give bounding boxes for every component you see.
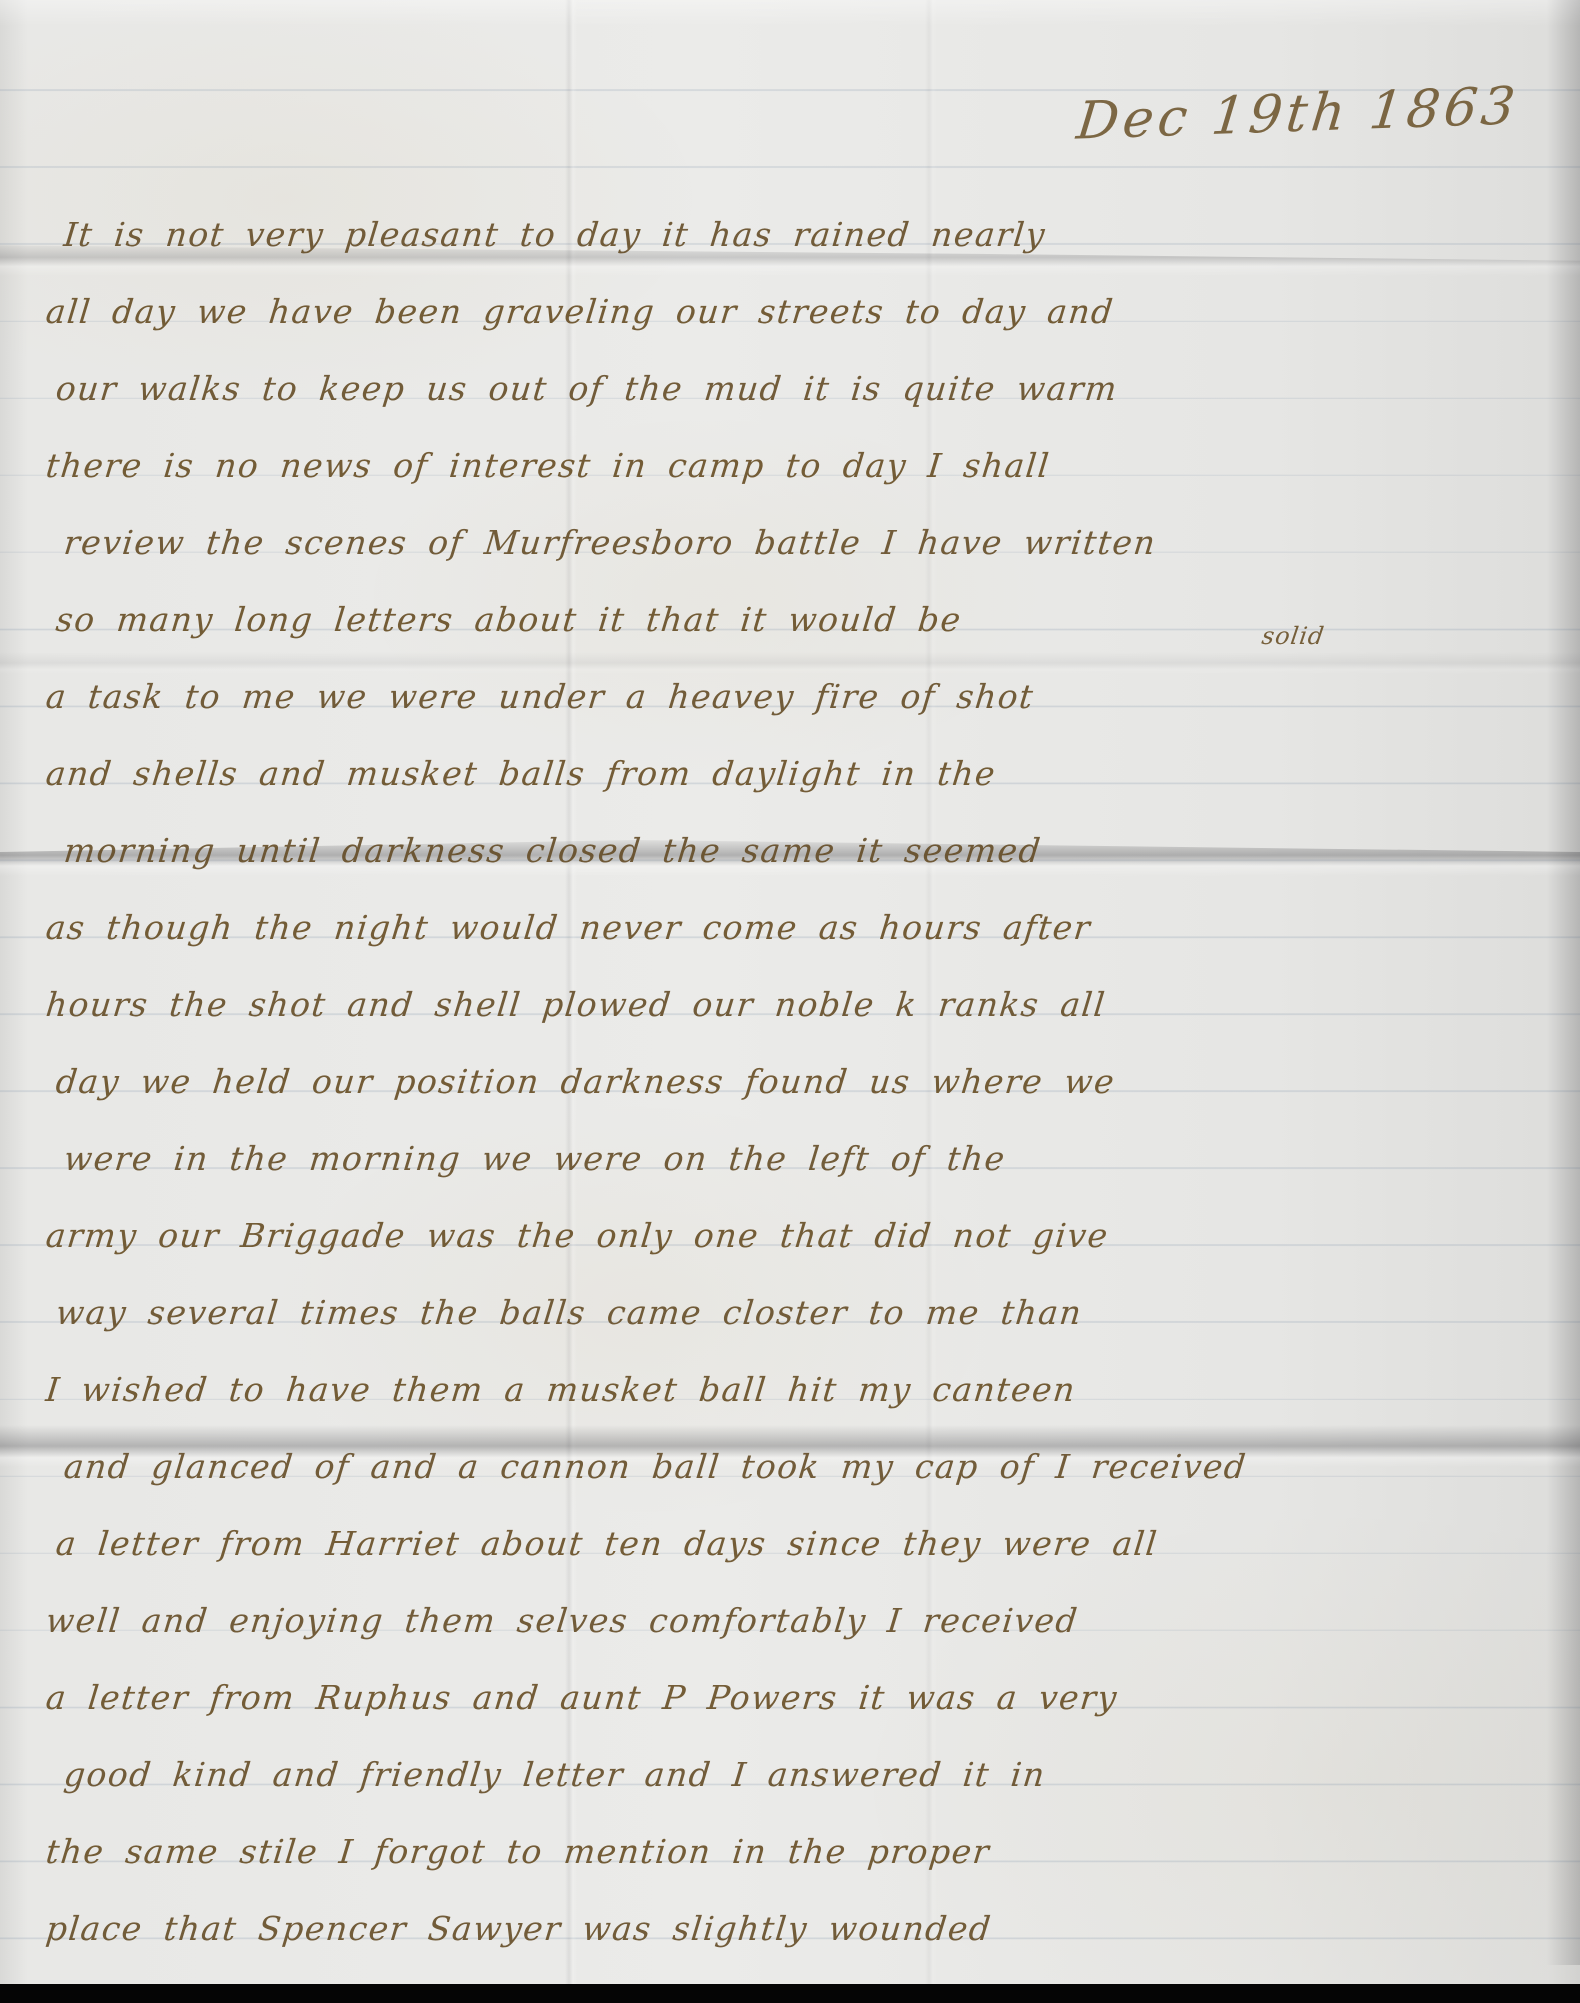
letter-line: army our Briggade was the only one that … [42,1197,1570,1274]
letter-line: review the scenes of Murfreesboro battle… [42,504,1570,581]
letter-line: way several times the balls came closter… [42,1274,1570,1351]
inserted-word-above-line: solid [1260,622,1326,650]
letter-line: a letter from Ruphus and aunt P Powers i… [42,1659,1570,1736]
letter-line: well and enjoying them selves comfortabl… [42,1582,1570,1659]
letter-line: as though the night would never come as … [42,889,1570,966]
letter-line: and shells and musket balls from dayligh… [42,735,1570,812]
letter-line: It is not very pleasant to day it has ra… [42,196,1570,273]
letter-paper: Dec 19th 1863 It is not very pleasant to… [0,0,1580,1984]
letter-line: the same stile I forgot to mention in th… [42,1813,1570,1890]
letter-line: morning until darkness closed the same i… [42,812,1570,889]
scan-edge [0,1984,1580,2003]
letter-line: hours the shot and shell plowed our nobl… [42,966,1570,1043]
letter-line: place that Spencer Sawyer was slightly w… [42,1890,1570,1967]
letter-line: there is no news of interest in camp to … [42,427,1570,504]
letter-line: all day we have been graveling our stree… [42,273,1570,350]
letter-line: our walks to keep us out of the mud it i… [42,350,1570,427]
scanned-letter: Dec 19th 1863 It is not very pleasant to… [0,0,1580,2003]
letter-line: day we held our position darkness found … [42,1043,1570,1120]
letter-line: a task to me we were under a heavey fire… [42,658,1570,735]
paper-edge-highlight [0,0,1580,26]
letter-line: a letter from Harriet about ten days sin… [42,1505,1570,1582]
letter-line: were in the morning we were on the left … [42,1120,1570,1197]
letter-line: I wished to have them a musket ball hit … [42,1351,1570,1428]
letter-line: so many long letters about it that it wo… [42,581,1570,658]
letter-line: and glanced of and a cannon ball took my… [42,1428,1570,1505]
letter-body: It is not very pleasant to day it has ra… [42,196,1562,1967]
letter-line: good kind and friendly letter and I answ… [42,1736,1570,1813]
